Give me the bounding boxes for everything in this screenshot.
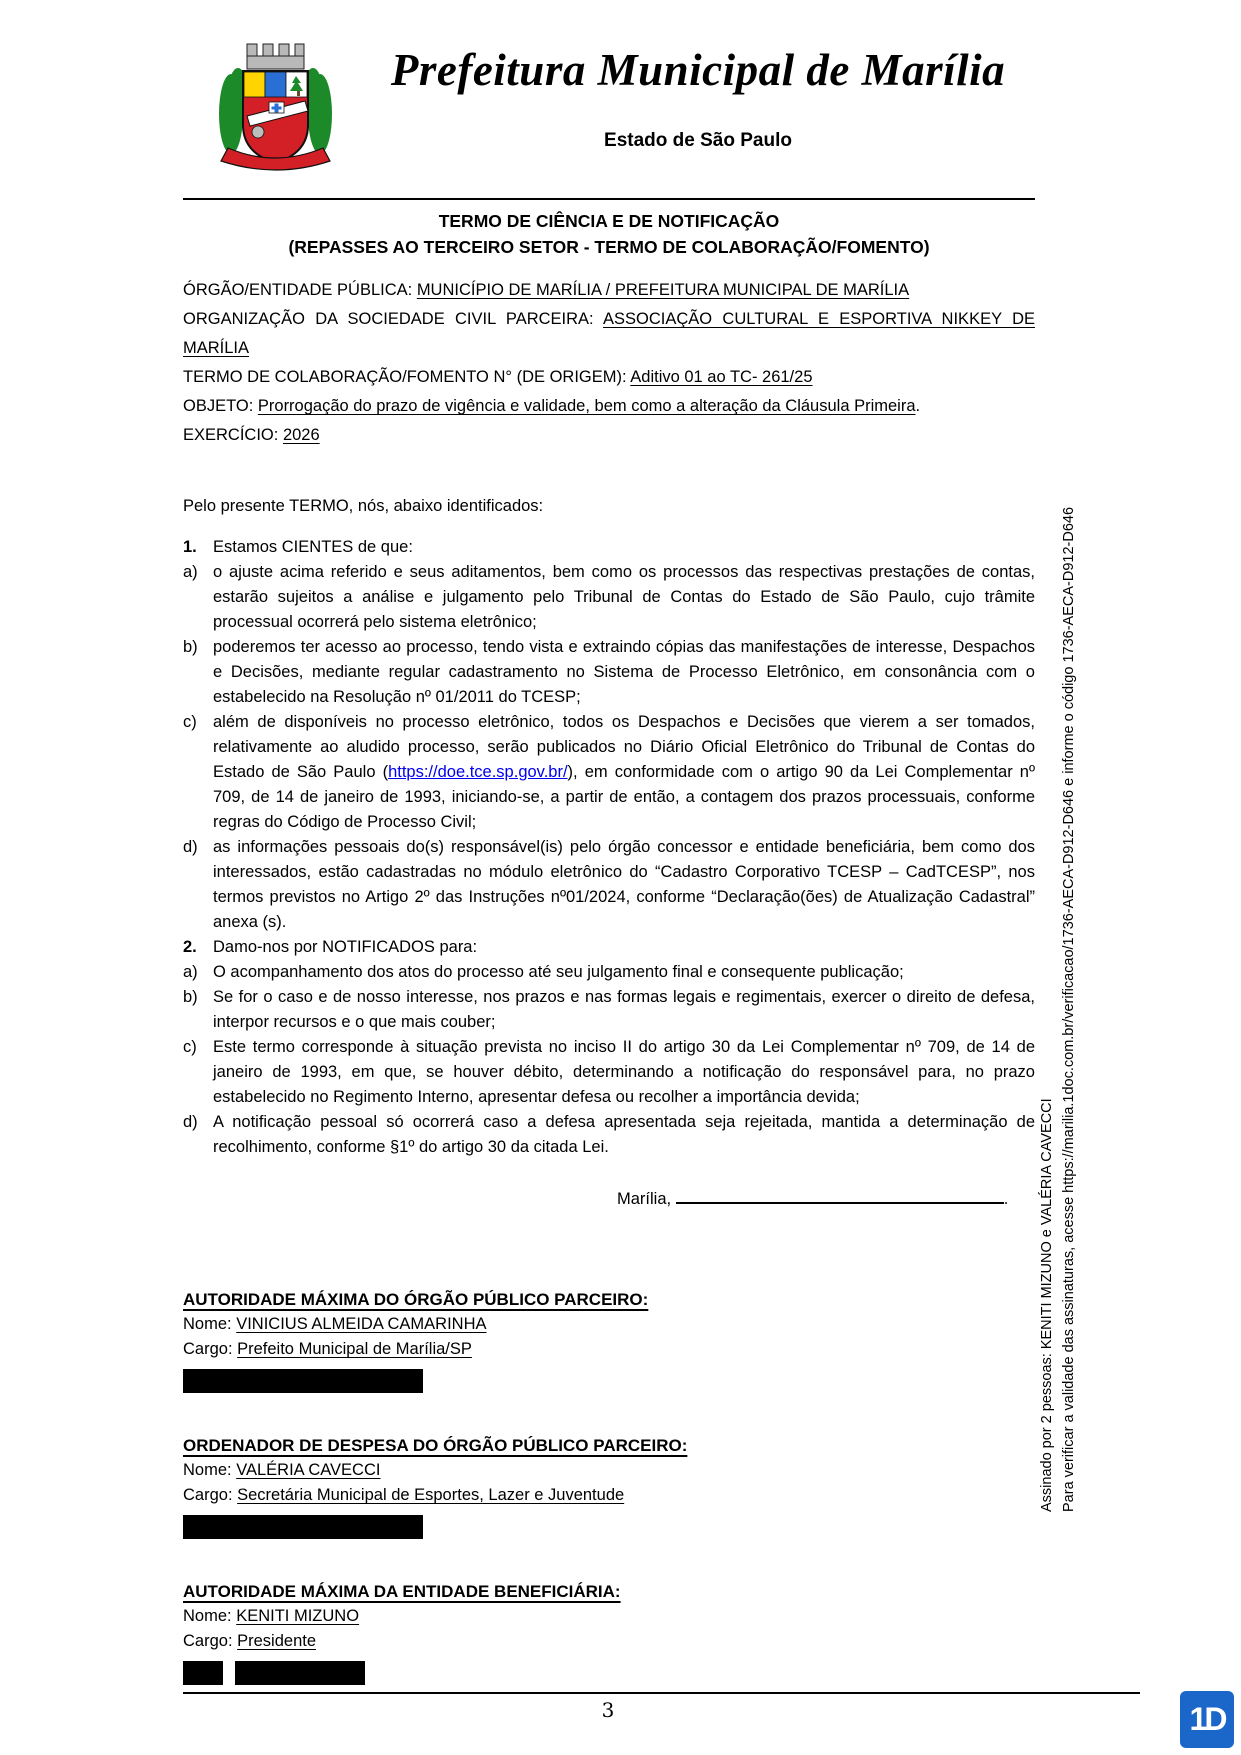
signature-heading: ORDENADOR DE DESPESA DO ÓRGÃO PÚBLICO PA… — [183, 1433, 1035, 1458]
list-marker: b) — [183, 635, 213, 660]
list-marker: d) — [183, 1110, 213, 1135]
list-text: O acompanhamento dos atos do processo at… — [213, 960, 1035, 985]
onedoc-logo-text: 1D — [1190, 1701, 1225, 1738]
document-title: TERMO DE CIÊNCIA E DE NOTIFICAÇÃO (REPAS… — [183, 208, 1035, 260]
section2-title: Damo-nos por NOTIFICADOS para: — [213, 935, 1035, 960]
list-marker: b) — [183, 985, 213, 1010]
list-marker: a) — [183, 960, 213, 985]
list-item-2d: d) A notificação pessoal só ocorrerá cas… — [183, 1110, 1035, 1160]
cargo-value: Secretária Municipal de Esportes, Lazer … — [237, 1486, 624, 1504]
cargo-value: Presidente — [237, 1632, 316, 1650]
redaction-box — [183, 1369, 423, 1393]
list-item-2c: c) Este termo corresponde à situação pre… — [183, 1035, 1035, 1110]
list-text: além de disponíveis no processo eletrôni… — [213, 710, 1035, 835]
list-marker: 1. — [183, 535, 213, 560]
date-blank-line — [676, 1186, 1004, 1204]
document-page: Prefeitura Municipal de Marília Estado d… — [0, 0, 1241, 1755]
signature-cargo-line: Cargo: Secretária Municipal de Esportes,… — [183, 1483, 1035, 1508]
signature-block-entidade-beneficiaria: AUTORIDADE MÁXIMA DA ENTIDADE BENEFICIÁR… — [183, 1579, 1035, 1685]
list-marker: a) — [183, 560, 213, 585]
cargo-label: Cargo: — [183, 1632, 233, 1650]
redaction-box — [235, 1661, 365, 1685]
nome-value: VALÉRIA CAVECCI — [236, 1461, 380, 1479]
field-objeto: OBJETO: Prorrogação do prazo de vigência… — [183, 392, 1035, 421]
document-title-line1: TERMO DE CIÊNCIA E DE NOTIFICAÇÃO — [183, 208, 1035, 234]
field-label: ÓRGÃO/ENTIDADE PÚBLICA: — [183, 281, 412, 299]
nome-label: Nome: — [183, 1607, 232, 1625]
field-label: TERMO DE COLABORAÇÃO/FOMENTO N° (DE ORIG… — [183, 368, 627, 386]
list-text: poderemos ter acesso ao processo, tendo … — [213, 635, 1035, 710]
field-label: ORGANIZAÇÃO DA SOCIEDADE CIVIL PARCEIRA: — [183, 310, 594, 328]
field-orgao-entidade: ÓRGÃO/ENTIDADE PÚBLICA: MUNICÍPIO DE MAR… — [183, 276, 1035, 305]
list-marker: d) — [183, 835, 213, 860]
field-label: OBJETO: — [183, 397, 253, 415]
field-exercicio: EXERCÍCIO: 2026 — [183, 421, 1035, 450]
signature-cargo-line: Cargo: Presidente — [183, 1629, 1035, 1654]
field-label: EXERCÍCIO: — [183, 426, 278, 444]
digital-signature-strip: Assinado por 2 pessoas: KENITI MIZUNO e … — [1036, 486, 1080, 1512]
letterhead: Prefeitura Municipal de Marília Estado d… — [183, 0, 1035, 186]
list-item-1c: c) além de disponíveis no processo eletr… — [183, 710, 1035, 835]
list-item-1a: a) o ajuste acima referido e seus aditam… — [183, 560, 1035, 635]
org-title: Prefeitura Municipal de Marília — [368, 44, 1028, 96]
terms-list: 1. Estamos CIENTES de que: a) o ajuste a… — [183, 535, 1035, 1160]
signature-strip-line2: Para verificar a validade das assinatura… — [1058, 486, 1080, 1512]
signature-block-ordenador-despesa: ORDENADOR DE DESPESA DO ÓRGÃO PÚBLICO PA… — [183, 1433, 1035, 1539]
nome-value: KENITI MIZUNO — [236, 1607, 359, 1625]
field-suffix: . — [916, 397, 921, 415]
nome-label: Nome: — [183, 1315, 232, 1333]
signature-nome-line: Nome: KENITI MIZUNO — [183, 1604, 1035, 1629]
dateline-city: Marília, — [617, 1190, 671, 1208]
field-termo-numero: TERMO DE COLABORAÇÃO/FOMENTO N° (DE ORIG… — [183, 363, 1035, 392]
nome-value: VINICIUS ALMEIDA CAMARINHA — [236, 1315, 486, 1333]
signature-block-autoridade-orgao: AUTORIDADE MÁXIMA DO ÓRGÃO PÚBLICO PARCE… — [183, 1287, 1035, 1393]
signature-strip-line1: Assinado por 2 pessoas: KENITI MIZUNO e … — [1036, 486, 1058, 1512]
cargo-label: Cargo: — [183, 1340, 233, 1358]
page-number: 3 — [183, 1698, 1033, 1722]
identification-fields: ÓRGÃO/ENTIDADE PÚBLICA: MUNICÍPIO DE MAR… — [183, 276, 1035, 450]
document-title-line2: (REPASSES AO TERCEIRO SETOR - TERMO DE C… — [183, 234, 1035, 260]
footer-divider — [183, 1692, 1140, 1694]
field-value: Aditivo 01 ao TC- 261/25 — [630, 368, 812, 386]
dateline-period: . — [1004, 1190, 1009, 1208]
signature-heading: AUTORIDADE MÁXIMA DA ENTIDADE BENEFICIÁR… — [183, 1579, 1035, 1604]
list-text: o ajuste acima referido e seus aditament… — [213, 560, 1035, 635]
field-value: 2026 — [283, 426, 320, 444]
redaction-box — [183, 1661, 223, 1685]
signature-cargo-line: Cargo: Prefeito Municipal de Marília/SP — [183, 1337, 1035, 1362]
cargo-label: Cargo: — [183, 1486, 233, 1504]
signature-heading: AUTORIDADE MÁXIMA DO ÓRGÃO PÚBLICO PARCE… — [183, 1287, 1035, 1312]
redaction-box — [183, 1515, 423, 1539]
intro-paragraph: Pelo presente TERMO, nós, abaixo identif… — [183, 492, 1035, 521]
doe-tce-link[interactable]: https://doe.tce.sp.gov.br/ — [388, 763, 567, 781]
field-value: Prorrogação do prazo de vigência e valid… — [258, 397, 916, 415]
field-organizacao-parceira: ORGANIZAÇÃO DA SOCIEDADE CIVIL PARCEIRA:… — [183, 305, 1035, 363]
marilia-coat-of-arms — [218, 36, 333, 174]
signature-nome-line: Nome: VALÉRIA CAVECCI — [183, 1458, 1035, 1483]
list-marker: c) — [183, 710, 213, 735]
list-text: Este termo corresponde à situação previs… — [213, 1035, 1035, 1110]
list-text: as informações pessoais do(s) responsáve… — [213, 835, 1035, 935]
list-text: A notificação pessoal só ocorrerá caso a… — [213, 1110, 1035, 1160]
org-subtitle: Estado de São Paulo — [368, 130, 1028, 152]
list-item-2a: a) O acompanhamento dos atos do processo… — [183, 960, 1035, 985]
header-divider — [183, 198, 1035, 200]
nome-label: Nome: — [183, 1461, 232, 1479]
list-item-1d: d) as informações pessoais do(s) respons… — [183, 835, 1035, 935]
list-item-2b: b) Se for o caso e de nosso interesse, n… — [183, 985, 1035, 1035]
list-item-1b: b) poderemos ter acesso ao processo, ten… — [183, 635, 1035, 710]
section1-title: Estamos CIENTES de que: — [213, 535, 1035, 560]
list-marker: c) — [183, 1035, 213, 1060]
dateline: Marília, . — [617, 1186, 1035, 1209]
signature-nome-line: Nome: VINICIUS ALMEIDA CAMARINHA — [183, 1312, 1035, 1337]
onedoc-logo: 1D — [1180, 1691, 1234, 1748]
field-value: MUNICÍPIO DE MARÍLIA / PREFEITURA MUNICI… — [417, 281, 909, 299]
list-text: Se for o caso e de nosso interesse, nos … — [213, 985, 1035, 1035]
cargo-value: Prefeito Municipal de Marília/SP — [237, 1340, 472, 1358]
section1-title-row: 1. Estamos CIENTES de que: — [183, 535, 1035, 560]
list-marker: 2. — [183, 935, 213, 960]
section2-title-row: 2. Damo-nos por NOTIFICADOS para: — [183, 935, 1035, 960]
